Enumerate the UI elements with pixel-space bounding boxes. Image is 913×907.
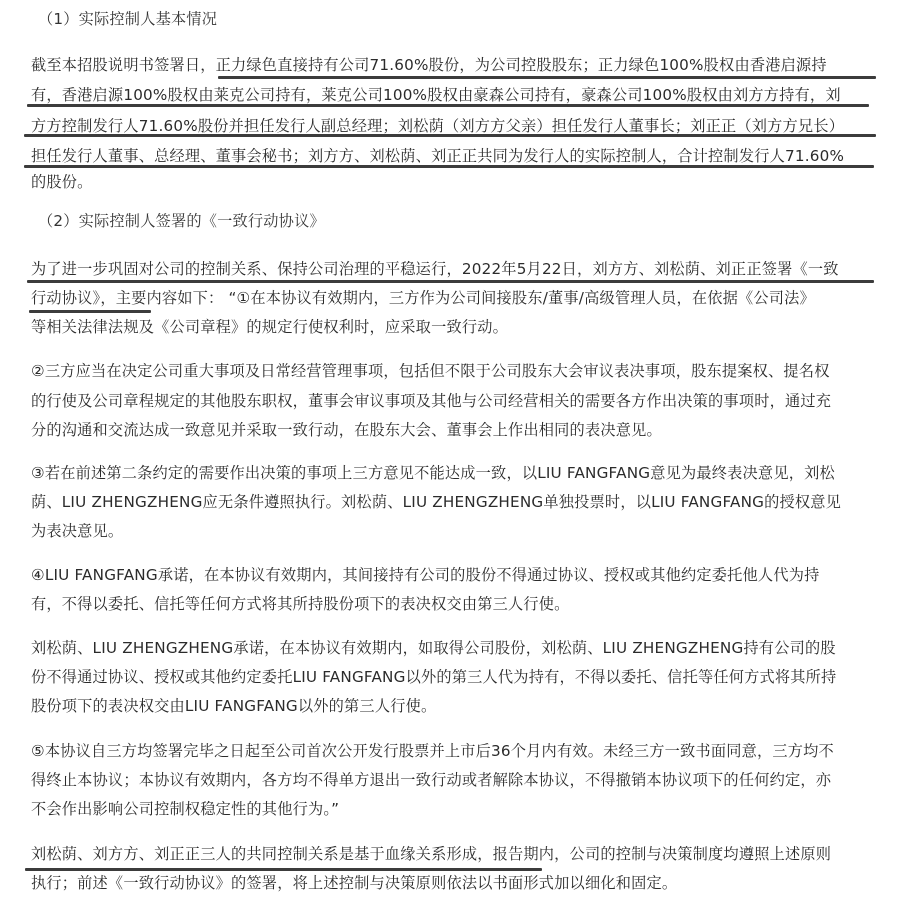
underline-mark	[29, 310, 151, 313]
text-line: 方方控制发行人71.60%股份并担任发行人副总经理；刘松荫（刘方方父亲）担任发行…	[31, 116, 844, 136]
text-line: 等相关法律法规及《公司章程》的规定行使权利时，应采取一致行动。	[31, 317, 508, 337]
text-line: ③若在前述第二条约定的需要作出决策的事项上三方意见不能达成一致，以LIU FAN…	[31, 463, 835, 483]
text-line: 刘松荫、刘方方、刘正正三人的共同控制关系是基于血缘关系形成，报告期内，公司的控制…	[31, 844, 831, 864]
text-line: 担任发行人董事、总经理、董事会秘书；刘方方、刘松荫、刘正正共同为发行人的实际控制…	[31, 146, 844, 166]
text-line: 有，香港启源100%股权由莱克公司持有，莱克公司100%股权由豪森公司持有，豪森…	[31, 85, 841, 105]
text-line: 有，不得以委托、信托等任何方式将其所持股份项下的表决权交由第三人行使。	[31, 594, 570, 614]
text-line: 荫、LIU ZHENGZHENG应无条件遵照执行。刘松荫、LIU ZHENGZH…	[31, 492, 841, 512]
text-line: 份不得通过协议、授权或其他约定委托LIU FANGFANG以外的第三人代为持有，…	[31, 667, 836, 687]
document-page: （1）实际控制人基本情况 截至本招股说明书签署日，正力绿色直接持有公司71.60…	[0, 0, 913, 907]
text-line: 行动协议》，主要内容如下： “①在本协议有效期内，三方作为公司间接股东/董事/高…	[31, 288, 815, 308]
text-line: ②三方应当在决定公司重大事项及日常经营管理事项，包括但不限于公司股东大会审议表决…	[31, 361, 830, 381]
section-heading-2: （2）实际控制人签署的《一致行动协议》	[38, 211, 325, 231]
underline-mark	[218, 76, 876, 79]
text-line: 得终止本协议；本协议有效期内，各方均不得单方退出一致行动或者解除本协议，不得撤销…	[31, 770, 831, 790]
underline-mark	[27, 280, 874, 283]
text-line: 分的沟通和交流达成一致意见并采取一致行动，在股东大会、董事会上作出相同的表决意见…	[31, 420, 662, 440]
text-line: 不会作出影响公司控制权稳定性的其他行为。”	[31, 799, 339, 819]
text-line: 为了进一步巩固对公司的控制关系、保持公司治理的平稳运行，2022年5月22日，刘…	[31, 259, 839, 279]
text-line: ④LIU FANGFANG承诺，在本协议有效期内，其间接持有公司的股份不得通过协…	[31, 565, 819, 585]
underline-mark	[25, 868, 542, 871]
text-line: 为表决意见。	[31, 521, 123, 541]
underline-mark	[24, 134, 876, 137]
text-line: 执行；前述《一致行动协议》的签署，将上述控制与决策原则依法以书面形式加以细化和固…	[31, 873, 677, 893]
text-line: 的股份。	[31, 172, 93, 192]
text-line: ⑤本协议自三方均签署完毕之日起至公司首次公开发行股票并上市后36个月内有效。未经…	[31, 741, 834, 761]
text-line: 的行使及公司章程规定的其他股东职权，董事会审议事项及其他与公司经营相关的需要各方…	[31, 391, 831, 411]
underline-mark	[27, 104, 869, 107]
text-line: 股份项下的表决权交由LIU FANGFANG以外的第三人行使。	[31, 696, 436, 716]
section-heading-1: （1）实际控制人基本情况	[38, 9, 217, 29]
text-line: 刘松荫、LIU ZHENGZHENG承诺，在本协议有效期内，如取得公司股份，刘松…	[31, 638, 836, 658]
underline-mark	[24, 165, 874, 168]
text-line: 截至本招股说明书签署日，正力绿色直接持有公司71.60%股份，为公司控股股东；正…	[31, 55, 827, 75]
